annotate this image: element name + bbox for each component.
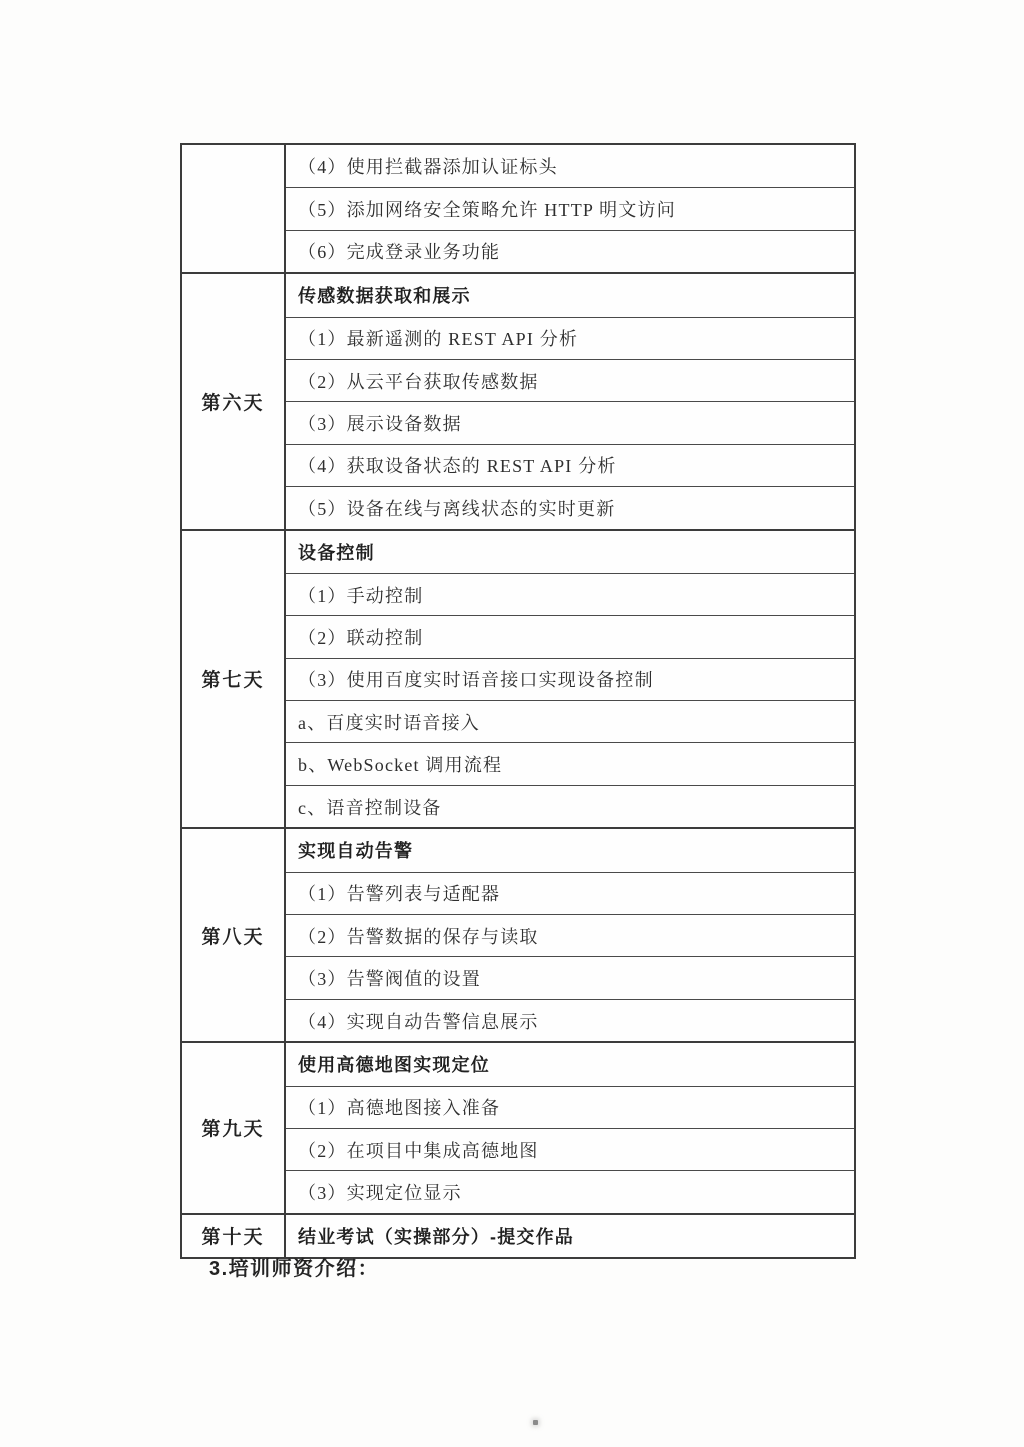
table-row: a、百度实时语音接入 — [286, 700, 854, 742]
training-schedule-table: （4）使用拦截器添加认证标头（5）添加网络安全策略允许 HTTP 明文访问（6）… — [180, 143, 856, 1259]
row-text: （2）从云平台获取传感数据 — [298, 368, 539, 394]
table-row: 传感数据获取和展示 — [286, 274, 854, 316]
row-text: （2）告警数据的保存与读取 — [298, 923, 539, 949]
row-text: b、WebSocket 调用流程 — [298, 751, 502, 777]
row-text: （1）高德地图接入准备 — [298, 1094, 500, 1120]
row-text: 传感数据获取和展示 — [298, 282, 471, 308]
table-row: （2）联动控制 — [286, 615, 854, 657]
row-text: （3）实现定位显示 — [298, 1179, 462, 1205]
section-rows: （4）使用拦截器添加认证标头（5）添加网络安全策略允许 HTTP 明文访问（6）… — [286, 145, 854, 272]
row-text: （1）手动控制 — [298, 582, 423, 608]
row-text: （6）完成登录业务功能 — [298, 238, 500, 264]
table-row: （2）在项目中集成高德地图 — [286, 1128, 854, 1170]
table-row: b、WebSocket 调用流程 — [286, 742, 854, 784]
day-label-cell: 第六天 — [182, 274, 286, 528]
table-row: （4）实现自动告警信息展示 — [286, 999, 854, 1041]
row-text: 设备控制 — [298, 539, 375, 565]
row-text: c、语音控制设备 — [298, 794, 442, 820]
row-text: （1）最新遥测的 REST API 分析 — [298, 325, 578, 351]
table-row: （4）使用拦截器添加认证标头 — [286, 145, 854, 187]
table-row: c、语音控制设备 — [286, 785, 854, 827]
row-text: 实现自动告警 — [298, 837, 413, 863]
table-section: 第十天结业考试（实操部分）-提交作品 — [182, 1213, 854, 1257]
row-text: （4）使用拦截器添加认证标头 — [298, 153, 558, 179]
table-row: （2）从云平台获取传感数据 — [286, 359, 854, 401]
table-row: （2）告警数据的保存与读取 — [286, 914, 854, 956]
day-label-cell: 第七天 — [182, 531, 286, 828]
row-text: 使用高德地图实现定位 — [298, 1051, 490, 1077]
row-text: （1）告警列表与适配器 — [298, 880, 500, 906]
table-row: （3）使用百度实时语音接口实现设备控制 — [286, 658, 854, 700]
table-row: （5）设备在线与离线状态的实时更新 — [286, 486, 854, 528]
section-rows: 使用高德地图实现定位（1）高德地图接入准备（2）在项目中集成高德地图（3）实现定… — [286, 1043, 854, 1213]
table-section: （4）使用拦截器添加认证标头（5）添加网络安全策略允许 HTTP 明文访问（6）… — [182, 145, 854, 272]
section-heading-trainer-intro: 3.培训师资介绍： — [209, 1252, 379, 1281]
table-section: 第九天使用高德地图实现定位（1）高德地图接入准备（2）在项目中集成高德地图（3）… — [182, 1041, 854, 1213]
row-text: （5）设备在线与离线状态的实时更新 — [298, 495, 615, 521]
table-row: （1）最新遥测的 REST API 分析 — [286, 317, 854, 359]
table-row: （3）实现定位显示 — [286, 1170, 854, 1212]
row-text: （3）展示设备数据 — [298, 410, 462, 436]
table-row: 使用高德地图实现定位 — [286, 1043, 854, 1085]
section-rows: 结业考试（实操部分）-提交作品 — [286, 1215, 854, 1257]
day-label-cell: 第十天 — [182, 1215, 286, 1257]
table-section: 第七天设备控制（1）手动控制（2）联动控制（3）使用百度实时语音接口实现设备控制… — [182, 529, 854, 828]
table-row: （1）告警列表与适配器 — [286, 872, 854, 914]
row-text: （3）告警阀值的设置 — [298, 965, 481, 991]
section-rows: 设备控制（1）手动控制（2）联动控制（3）使用百度实时语音接口实现设备控制a、百… — [286, 531, 854, 828]
row-text: （5）添加网络安全策略允许 HTTP 明文访问 — [298, 196, 676, 222]
row-text: （4）获取设备状态的 REST API 分析 — [298, 452, 617, 478]
table-row: （5）添加网络安全策略允许 HTTP 明文访问 — [286, 187, 854, 229]
table-section: 第八天实现自动告警（1）告警列表与适配器（2）告警数据的保存与读取（3）告警阀值… — [182, 827, 854, 1041]
table-row: （1）手动控制 — [286, 573, 854, 615]
table-row: 结业考试（实操部分）-提交作品 — [286, 1215, 854, 1257]
section-rows: 传感数据获取和展示（1）最新遥测的 REST API 分析（2）从云平台获取传感… — [286, 274, 854, 528]
table-row: 实现自动告警 — [286, 829, 854, 871]
table-row: （3）告警阀值的设置 — [286, 956, 854, 998]
row-text: （2）在项目中集成高德地图 — [298, 1137, 539, 1163]
table-row: （4）获取设备状态的 REST API 分析 — [286, 444, 854, 486]
section-rows: 实现自动告警（1）告警列表与适配器（2）告警数据的保存与读取（3）告警阀值的设置… — [286, 829, 854, 1041]
table-row: （1）高德地图接入准备 — [286, 1086, 854, 1128]
row-text: a、百度实时语音接入 — [298, 709, 480, 735]
day-label-cell — [182, 145, 286, 272]
table-row: （6）完成登录业务功能 — [286, 230, 854, 272]
table-row: （3）展示设备数据 — [286, 401, 854, 443]
row-text: 结业考试（实操部分）-提交作品 — [298, 1223, 574, 1249]
row-text: （3）使用百度实时语音接口实现设备控制 — [298, 666, 654, 692]
row-text: （4）实现自动告警信息展示 — [298, 1008, 539, 1034]
day-label-cell: 第八天 — [182, 829, 286, 1041]
scan-artifact-dot — [533, 1420, 538, 1425]
table-section: 第六天传感数据获取和展示（1）最新遥测的 REST API 分析（2）从云平台获… — [182, 272, 854, 528]
table-row: 设备控制 — [286, 531, 854, 573]
row-text: （2）联动控制 — [298, 624, 423, 650]
document-page: （4）使用拦截器添加认证标头（5）添加网络安全策略允许 HTTP 明文访问（6）… — [0, 0, 1024, 1447]
day-label-cell: 第九天 — [182, 1043, 286, 1213]
